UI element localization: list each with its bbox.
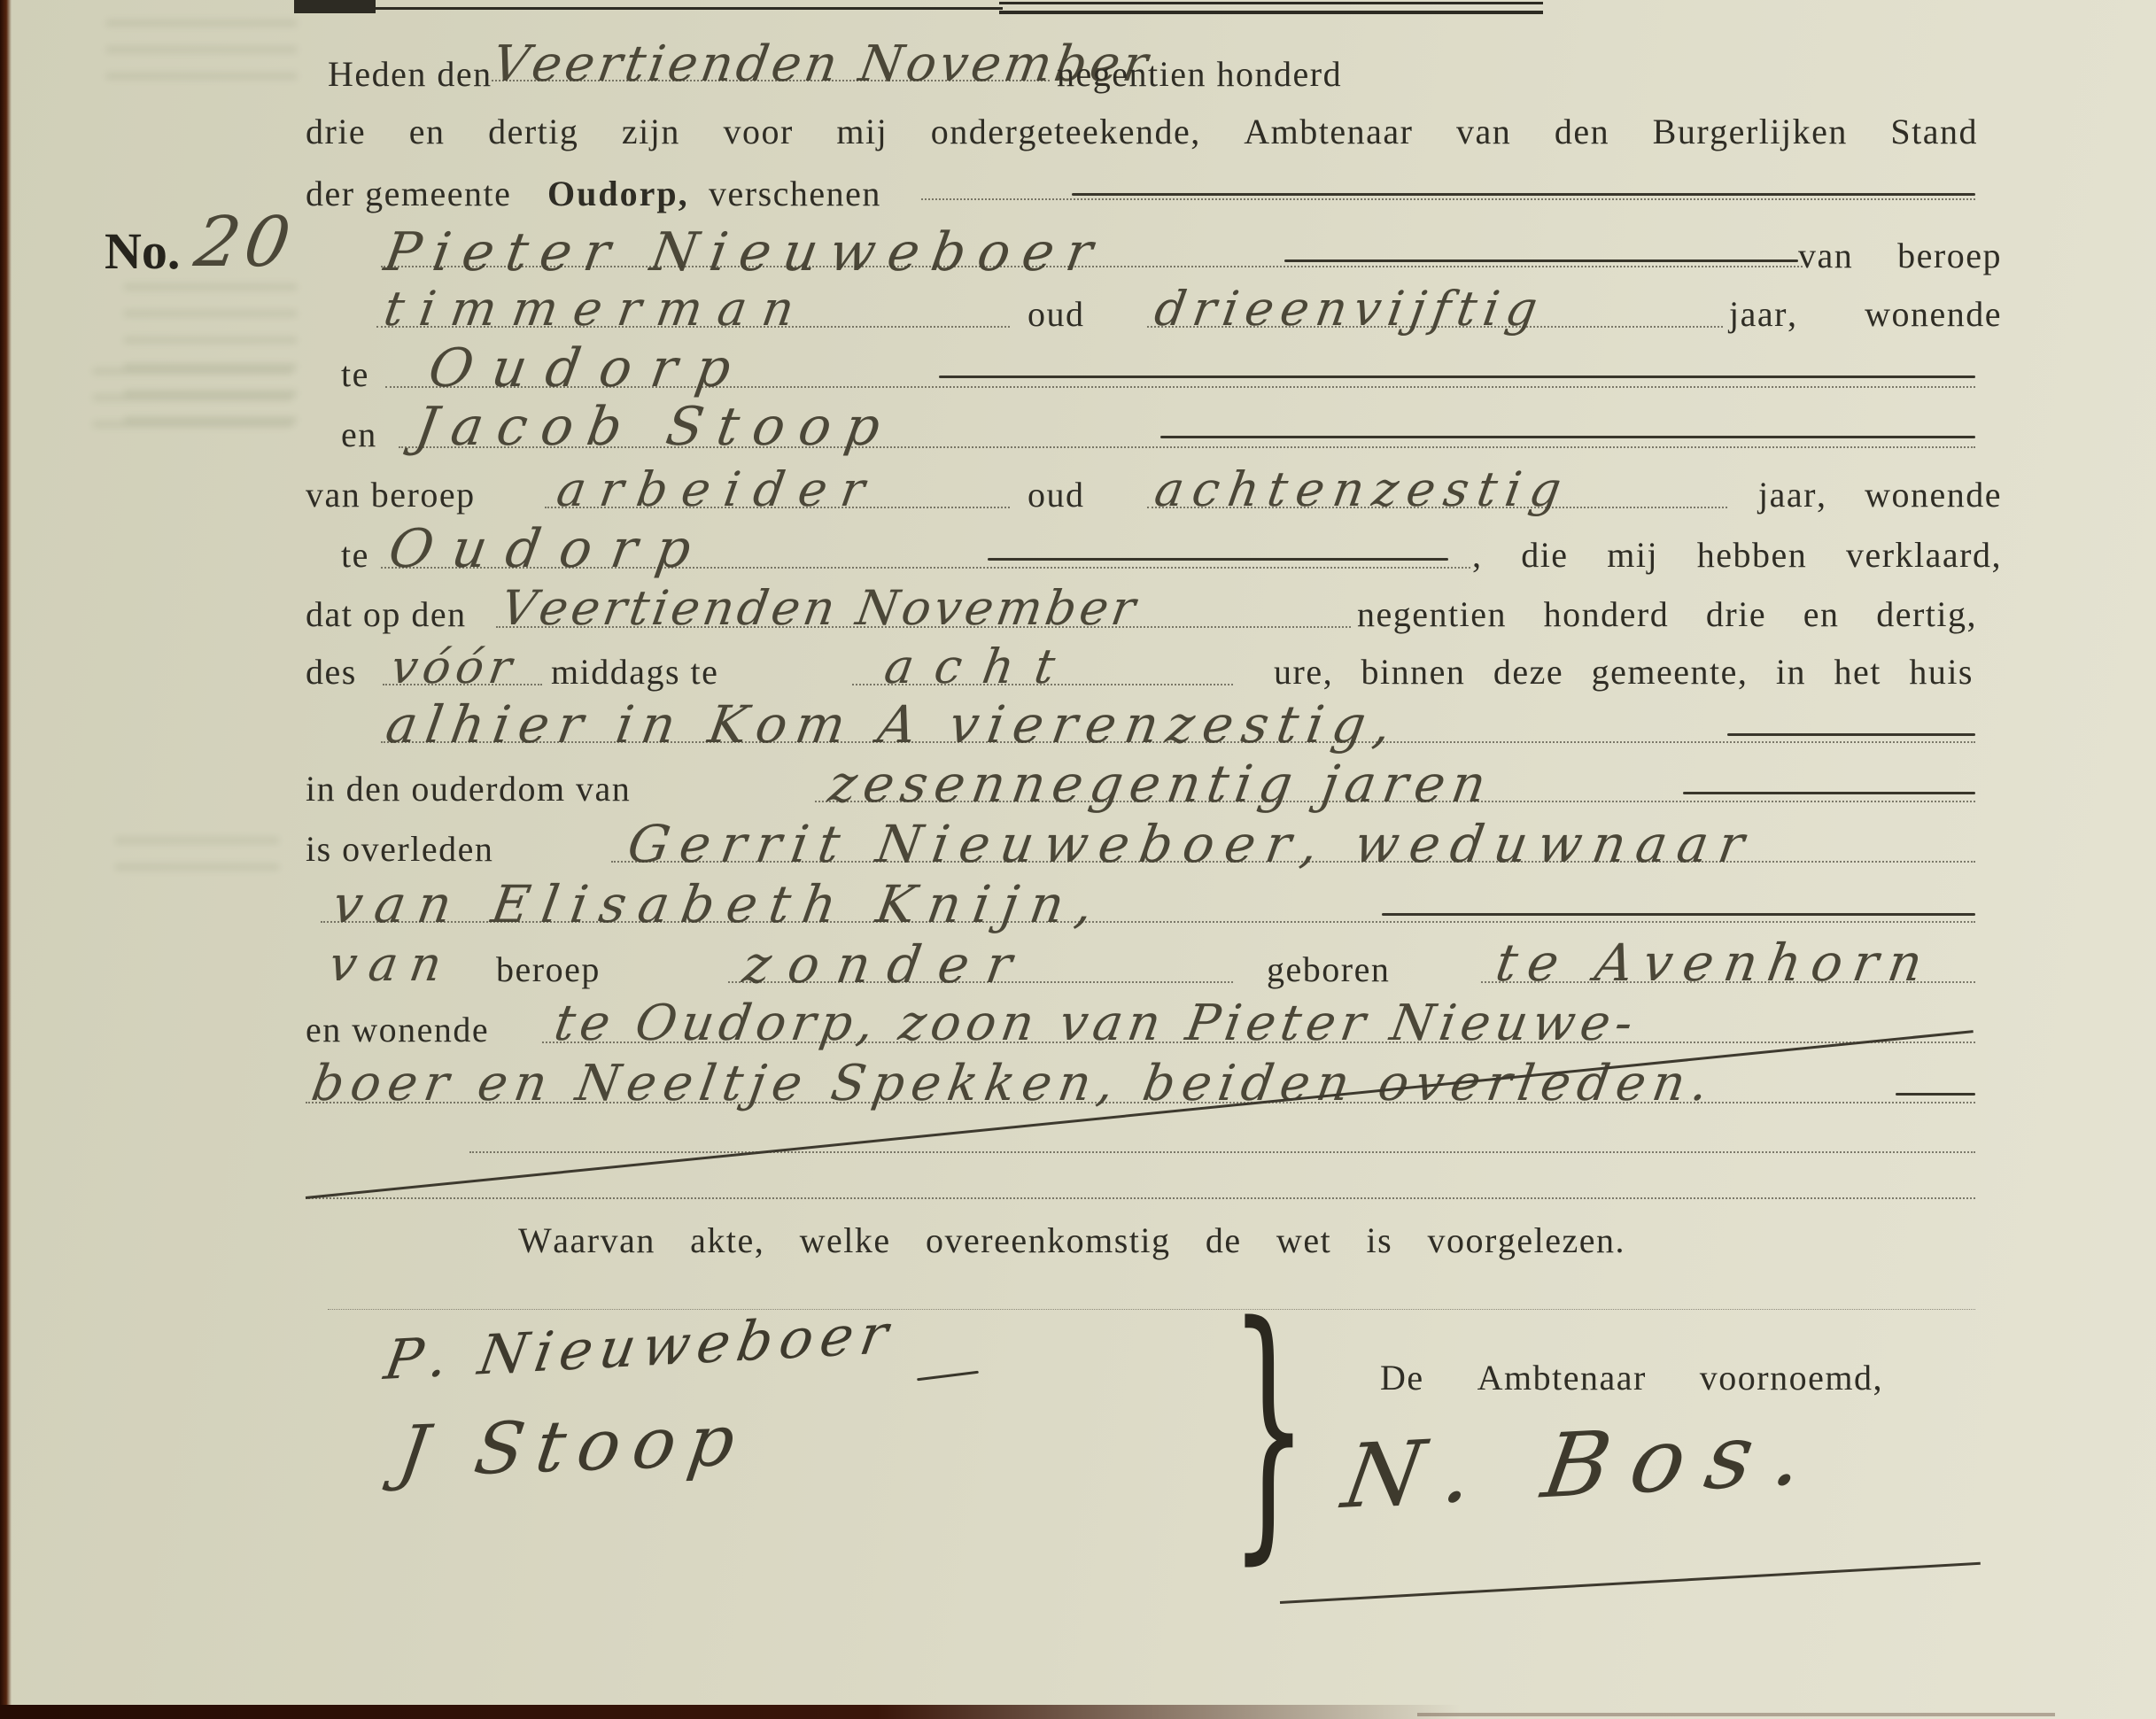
label-geboren: geboren (1267, 952, 1390, 987)
ruled-line (496, 626, 1351, 628)
signature-underline (1280, 1562, 1981, 1604)
ruled-line (381, 741, 1975, 743)
label-middags-te: middags te (551, 654, 718, 690)
label-oud: oud (1028, 477, 1085, 513)
ruled-line (1147, 326, 1723, 328)
label-closing-statement: Waarvan akte, welke overeenkomstig de we… (518, 1223, 1625, 1258)
label-te: te (341, 357, 369, 392)
curly-brace-mark: } (1229, 1291, 1308, 1566)
ruled-line (921, 198, 1975, 200)
ruled-line (728, 981, 1233, 983)
top-table-rule (999, 11, 1543, 14)
label-heden-den: Heden den (328, 57, 492, 92)
ink-line (1072, 193, 1975, 196)
ruled-line (542, 1041, 1975, 1043)
ruled-line (1147, 507, 1727, 508)
ink-line (1727, 733, 1975, 736)
bleedthrough-smudge (115, 837, 279, 886)
ruled-line (306, 1197, 1975, 1199)
label-van-beroep: van beroep (1798, 238, 2002, 274)
page-edge-bottom-faint (1417, 1713, 2055, 1716)
label-van-beroep: van beroep (306, 477, 476, 513)
ruled-line (306, 1102, 1975, 1103)
label-en-wonende: en wonende (306, 1012, 489, 1048)
page-edge-left (0, 0, 12, 1719)
label-dat-op-den: dat op den (306, 597, 467, 632)
ruled-line (469, 1151, 1975, 1153)
label-is-overleden: is overleden (306, 832, 493, 867)
label-gemeente-name: Oudorp, (547, 176, 689, 212)
ruled-line (1481, 981, 1975, 983)
signature-flourish-dash (917, 1371, 979, 1382)
label-death-year: negentien honderd drie en dertig, (1357, 597, 1977, 632)
field-declarant1-name: Pieter Nieuweboer (381, 226, 1108, 279)
ink-line (988, 558, 1448, 561)
ink-line (1896, 1093, 1975, 1096)
act-number-label: No. (105, 226, 180, 277)
label-jaar-wonende: jaar, wonende (1729, 297, 2002, 332)
act-number-label-text: No. (105, 222, 180, 280)
ruled-line (376, 326, 1010, 328)
ruled-line (381, 266, 1803, 267)
ruled-line (545, 507, 1010, 508)
death-certificate-page: No. 20 Heden den Veertienden November ne… (0, 0, 2156, 1719)
bleedthrough-smudge (93, 368, 292, 434)
label-verschenen: verschenen (709, 176, 881, 212)
ruled-line (852, 684, 1233, 685)
label-beroep: beroep (496, 952, 601, 987)
label-des: des (306, 654, 357, 690)
bleedthrough-smudge (106, 19, 297, 95)
ruled-line (611, 861, 1975, 863)
label-oud: oud (1028, 297, 1085, 332)
label-verklaard: , die mij hebben verklaard, (1472, 538, 2002, 573)
label-negentien-honderd: negentien honderd (1057, 57, 1342, 92)
ruled-line (492, 80, 1050, 81)
label-der-gemeente: der gemeente (306, 176, 511, 212)
signature-official: N. Bos. (1338, 1408, 1831, 1522)
field-death-date: Veertienden November (498, 585, 1142, 632)
top-table-rule (999, 2, 1543, 4)
ruled-line (385, 386, 1975, 388)
label-jaar-wonende: jaar, wonende (1758, 477, 2002, 513)
field-word-van: van (326, 941, 457, 988)
page-edge-bottom (0, 1705, 1462, 1719)
ink-line (1382, 913, 1975, 916)
ruled-line (399, 446, 1975, 448)
label-year-and-registrar: drie en dertig zijn voor mij ondergeteek… (306, 114, 1978, 150)
label-ure-gemeente-huis: ure, binnen deze gemeente, in het huis (1274, 654, 1974, 690)
ruled-line (815, 801, 1975, 802)
ruled-line (383, 684, 542, 685)
ink-line (1284, 259, 1798, 262)
signature-witness-2: J Stoop (394, 1405, 751, 1488)
ruled-line (381, 567, 1470, 569)
label-te: te (341, 538, 369, 573)
ink-line (1160, 436, 1975, 438)
field-act-date: Veertienden November (489, 40, 1154, 89)
ink-line (1683, 792, 1975, 794)
top-table-rule (358, 7, 1003, 10)
field-declarant2-name: Jacob Stoop (412, 400, 897, 453)
label-official-title: De Ambtenaar voornoemd, (1380, 1360, 1883, 1396)
ruled-line (328, 1309, 1975, 1310)
label-ouderdom: in den ouderdom van (306, 771, 631, 807)
ruled-line (321, 921, 1975, 923)
label-en: en (341, 417, 377, 453)
ink-line (939, 376, 1975, 378)
signature-witness-1: P. Nieuweboer (381, 1306, 898, 1388)
act-number-value: 20 (190, 208, 300, 277)
